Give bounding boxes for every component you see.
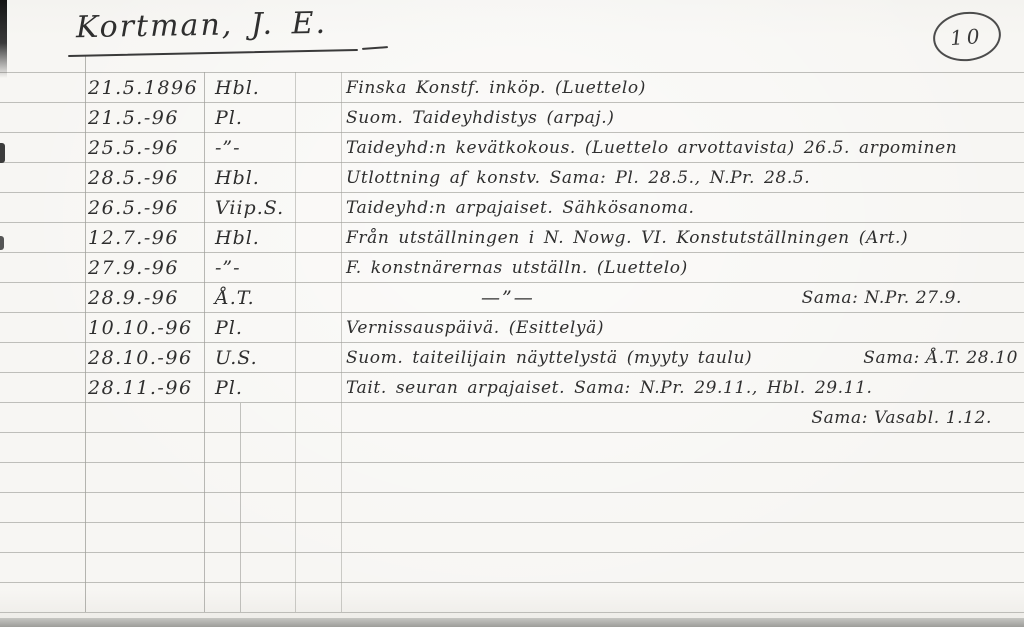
ledger-row: 28.9.-96 Å.T. —”— Sama: N.Pr. 27.9. bbox=[0, 283, 1024, 313]
entry-source: -”- bbox=[215, 253, 330, 284]
entry-text: Finska Konstf. inköp. (Luettelo) bbox=[346, 73, 646, 104]
entry-source: U.S. bbox=[215, 343, 330, 374]
entry-date: 26.5.-96 bbox=[88, 193, 208, 224]
ledger-row-continuation: Sama: Vasabl. 1.12. bbox=[0, 403, 1024, 433]
page-number-badge: 10 bbox=[930, 8, 1003, 65]
entry-text: Utlottning af konstv. Sama: Pl. 28.5., N… bbox=[346, 163, 810, 194]
entry-source: Pl. bbox=[215, 103, 330, 134]
entry-ditto-mark: —”— bbox=[346, 283, 535, 314]
entry-text: Suom. Taideyhdistys (arpaj.) bbox=[346, 103, 614, 134]
entry-source: Hbl. bbox=[215, 163, 330, 194]
entry-text: Vernissauspäivä. (Esittelyä) bbox=[346, 313, 604, 344]
entry-date: 27.9.-96 bbox=[88, 253, 208, 284]
scan-edge-artifact bbox=[0, 0, 7, 78]
entry-source: -”- bbox=[215, 133, 330, 164]
entry-text: Suom. taiteilijain näyttelystä (myyty ta… bbox=[346, 343, 752, 374]
entry-text: Tait. seuran arpajaiset. Sama: N.Pr. 29.… bbox=[346, 373, 873, 404]
ledger-row: 21.5.-96 Pl. Suom. Taideyhdistys (arpaj.… bbox=[0, 103, 1024, 133]
ledger-row: 21.5.1896 Hbl. Finska Konstf. inköp. (Lu… bbox=[0, 73, 1024, 103]
ledger-row: 10.10.-96 Pl. Vernissauspäivä. (Esittely… bbox=[0, 313, 1024, 343]
entry-source: Pl. bbox=[215, 313, 330, 344]
ledger-row: 26.5.-96 Viip.S. Taideyhd:n arpajaiset. … bbox=[0, 193, 1024, 223]
ledger-row: 27.9.-96 -”- F. konstnärernas utställn. … bbox=[0, 253, 1024, 283]
entry-date: 28.11.-96 bbox=[88, 373, 208, 404]
ledger-row: 28.5.-96 Hbl. Utlottning af konstv. Sama… bbox=[0, 163, 1024, 193]
title-underline-dash bbox=[362, 46, 388, 50]
ledger-page: Kortman, J. E. 10 21.5.1896 Hbl. Finska … bbox=[0, 0, 1024, 627]
ledger-row: 28.11.-96 Pl. Tait. seuran arpajaiset. S… bbox=[0, 373, 1024, 403]
entry-date: 28.5.-96 bbox=[88, 163, 208, 194]
entry-date: 21.5.-96 bbox=[88, 103, 208, 134]
column-rule-partial bbox=[240, 403, 241, 612]
entry-date: 21.5.1896 bbox=[88, 73, 208, 104]
entry-source: Viip.S. bbox=[215, 193, 330, 224]
entry-source: Hbl. bbox=[215, 223, 330, 254]
entry-text: Från utställningen i N. Nowg. VI. Konstu… bbox=[346, 223, 908, 254]
entry-text: Taideyhd:n kevätkokous. (Luettelo arvott… bbox=[346, 133, 957, 164]
ledger-row: 28.10.-96 U.S. Suom. taiteilijain näytte… bbox=[0, 343, 1024, 373]
ledger-row: 12.7.-96 Hbl. Från utställningen i N. No… bbox=[0, 223, 1024, 253]
page-title: Kortman, J. E. bbox=[76, 6, 328, 45]
entry-date: 28.9.-96 bbox=[88, 283, 208, 314]
title-underline bbox=[68, 49, 358, 57]
entry-source: Hbl. bbox=[215, 73, 330, 104]
entry-note: Sama: Vasabl. 1.12. bbox=[811, 403, 992, 434]
ledger-row: 25.5.-96 -”- Taideyhd:n kevätkokous. (Lu… bbox=[0, 133, 1024, 163]
entry-source: Pl. bbox=[215, 373, 330, 404]
entry-note: Sama: N.Pr. 27.9. bbox=[802, 283, 962, 314]
entry-date: 12.7.-96 bbox=[88, 223, 208, 254]
entry-source: Å.T. bbox=[215, 283, 330, 314]
page-number: 10 bbox=[949, 23, 984, 49]
entry-date: 28.10.-96 bbox=[88, 343, 208, 374]
entry-note: Sama: Å.T. 28.10 bbox=[863, 343, 1018, 374]
entry-date: 10.10.-96 bbox=[88, 313, 208, 344]
entry-date: 25.5.-96 bbox=[88, 133, 208, 164]
scan-bottom-shadow bbox=[0, 618, 1024, 627]
entry-text: F. konstnärernas utställn. (Luettelo) bbox=[346, 253, 688, 284]
entry-text: Taideyhd:n arpajaiset. Sähkösanoma. bbox=[346, 193, 695, 224]
